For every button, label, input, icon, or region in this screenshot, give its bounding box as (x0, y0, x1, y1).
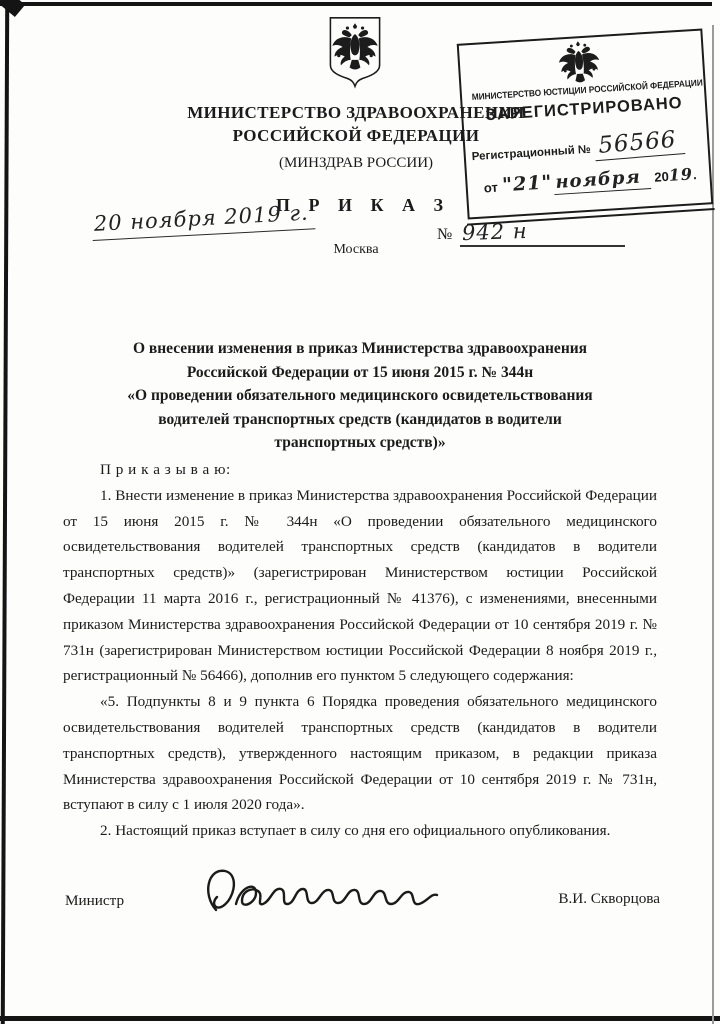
issue-date-handwritten: 20 ноября 2019 г. (91, 200, 315, 241)
stamp-date-month-handwritten: ноября (553, 166, 652, 195)
coat-of-arms-emblem (322, 14, 388, 90)
signer-position: Министр (65, 892, 124, 910)
body-paragraph-1: 1. Внести изменение в приказ Министерств… (63, 483, 657, 689)
scan-corner-artifact (0, 0, 25, 17)
body-paragraph-2: «5. Подпункты 8 и 9 пункта 6 Порядка про… (63, 689, 657, 818)
stamp-registration-number-line: Регистрационный №56566 (471, 127, 686, 168)
stamp-date-prefix: от (483, 180, 498, 196)
scan-edge-right (712, 25, 714, 1024)
order-title-line: «О проведении обязательного медицинского… (80, 384, 640, 408)
signer-name: В.И. Скворцова (558, 890, 660, 908)
decree-word: П р и к а з ы в а ю: (63, 457, 657, 483)
order-title-line: О внесении изменения в приказ Министерст… (80, 337, 640, 361)
stamp-date-line: от "21"ноября 2019. (483, 162, 697, 199)
stamp-date-year-printed: 20 (654, 169, 669, 185)
signature-block: Министр В.И. Скворцова (63, 858, 660, 938)
stamp-date-year-handwritten: 19 (668, 164, 693, 184)
number-sign: № (437, 226, 452, 243)
scan-edge-bottom (0, 1016, 720, 1021)
stamp-date-day-handwritten: "21" (502, 171, 554, 196)
order-title-line: Российской Федерации от 15 июня 2015 г. … (80, 361, 640, 385)
document-page: МИНИСТЕРСТВО ЗДРАВООХРАНЕНИЯ РОССИЙСКОЙ … (0, 0, 720, 1024)
scan-edge-top (0, 2, 712, 6)
justice-registration-stamp: МИНИСТЕРСТВО ЮСТИЦИИ РОССИЙСКОЙ ФЕДЕРАЦИ… (457, 28, 714, 219)
stamp-eagle-icon (553, 40, 608, 87)
double-headed-eagle-shield-icon (322, 14, 388, 90)
stamp-date-period: . (693, 167, 698, 182)
document-number-underline (460, 245, 625, 247)
order-title: О внесении изменения в приказ Министерст… (80, 337, 640, 455)
minister-signature-icon (198, 858, 448, 936)
order-body: П р и к а з ы в а ю: 1. Внести изменение… (63, 457, 657, 844)
order-title-line: водителей транспортных средств (кандидат… (80, 408, 640, 432)
stamp-reg-number-handwritten: 56566 (593, 126, 685, 161)
order-title-line: транспортных средств)» (80, 431, 640, 455)
scan-edge-left (1, 0, 9, 1024)
body-paragraph-3: 2. Настоящий приказ вступает в силу со д… (63, 818, 657, 844)
stamp-double-border-line (467, 208, 715, 226)
stamp-reg-number-label: Регистрационный № (471, 144, 591, 163)
